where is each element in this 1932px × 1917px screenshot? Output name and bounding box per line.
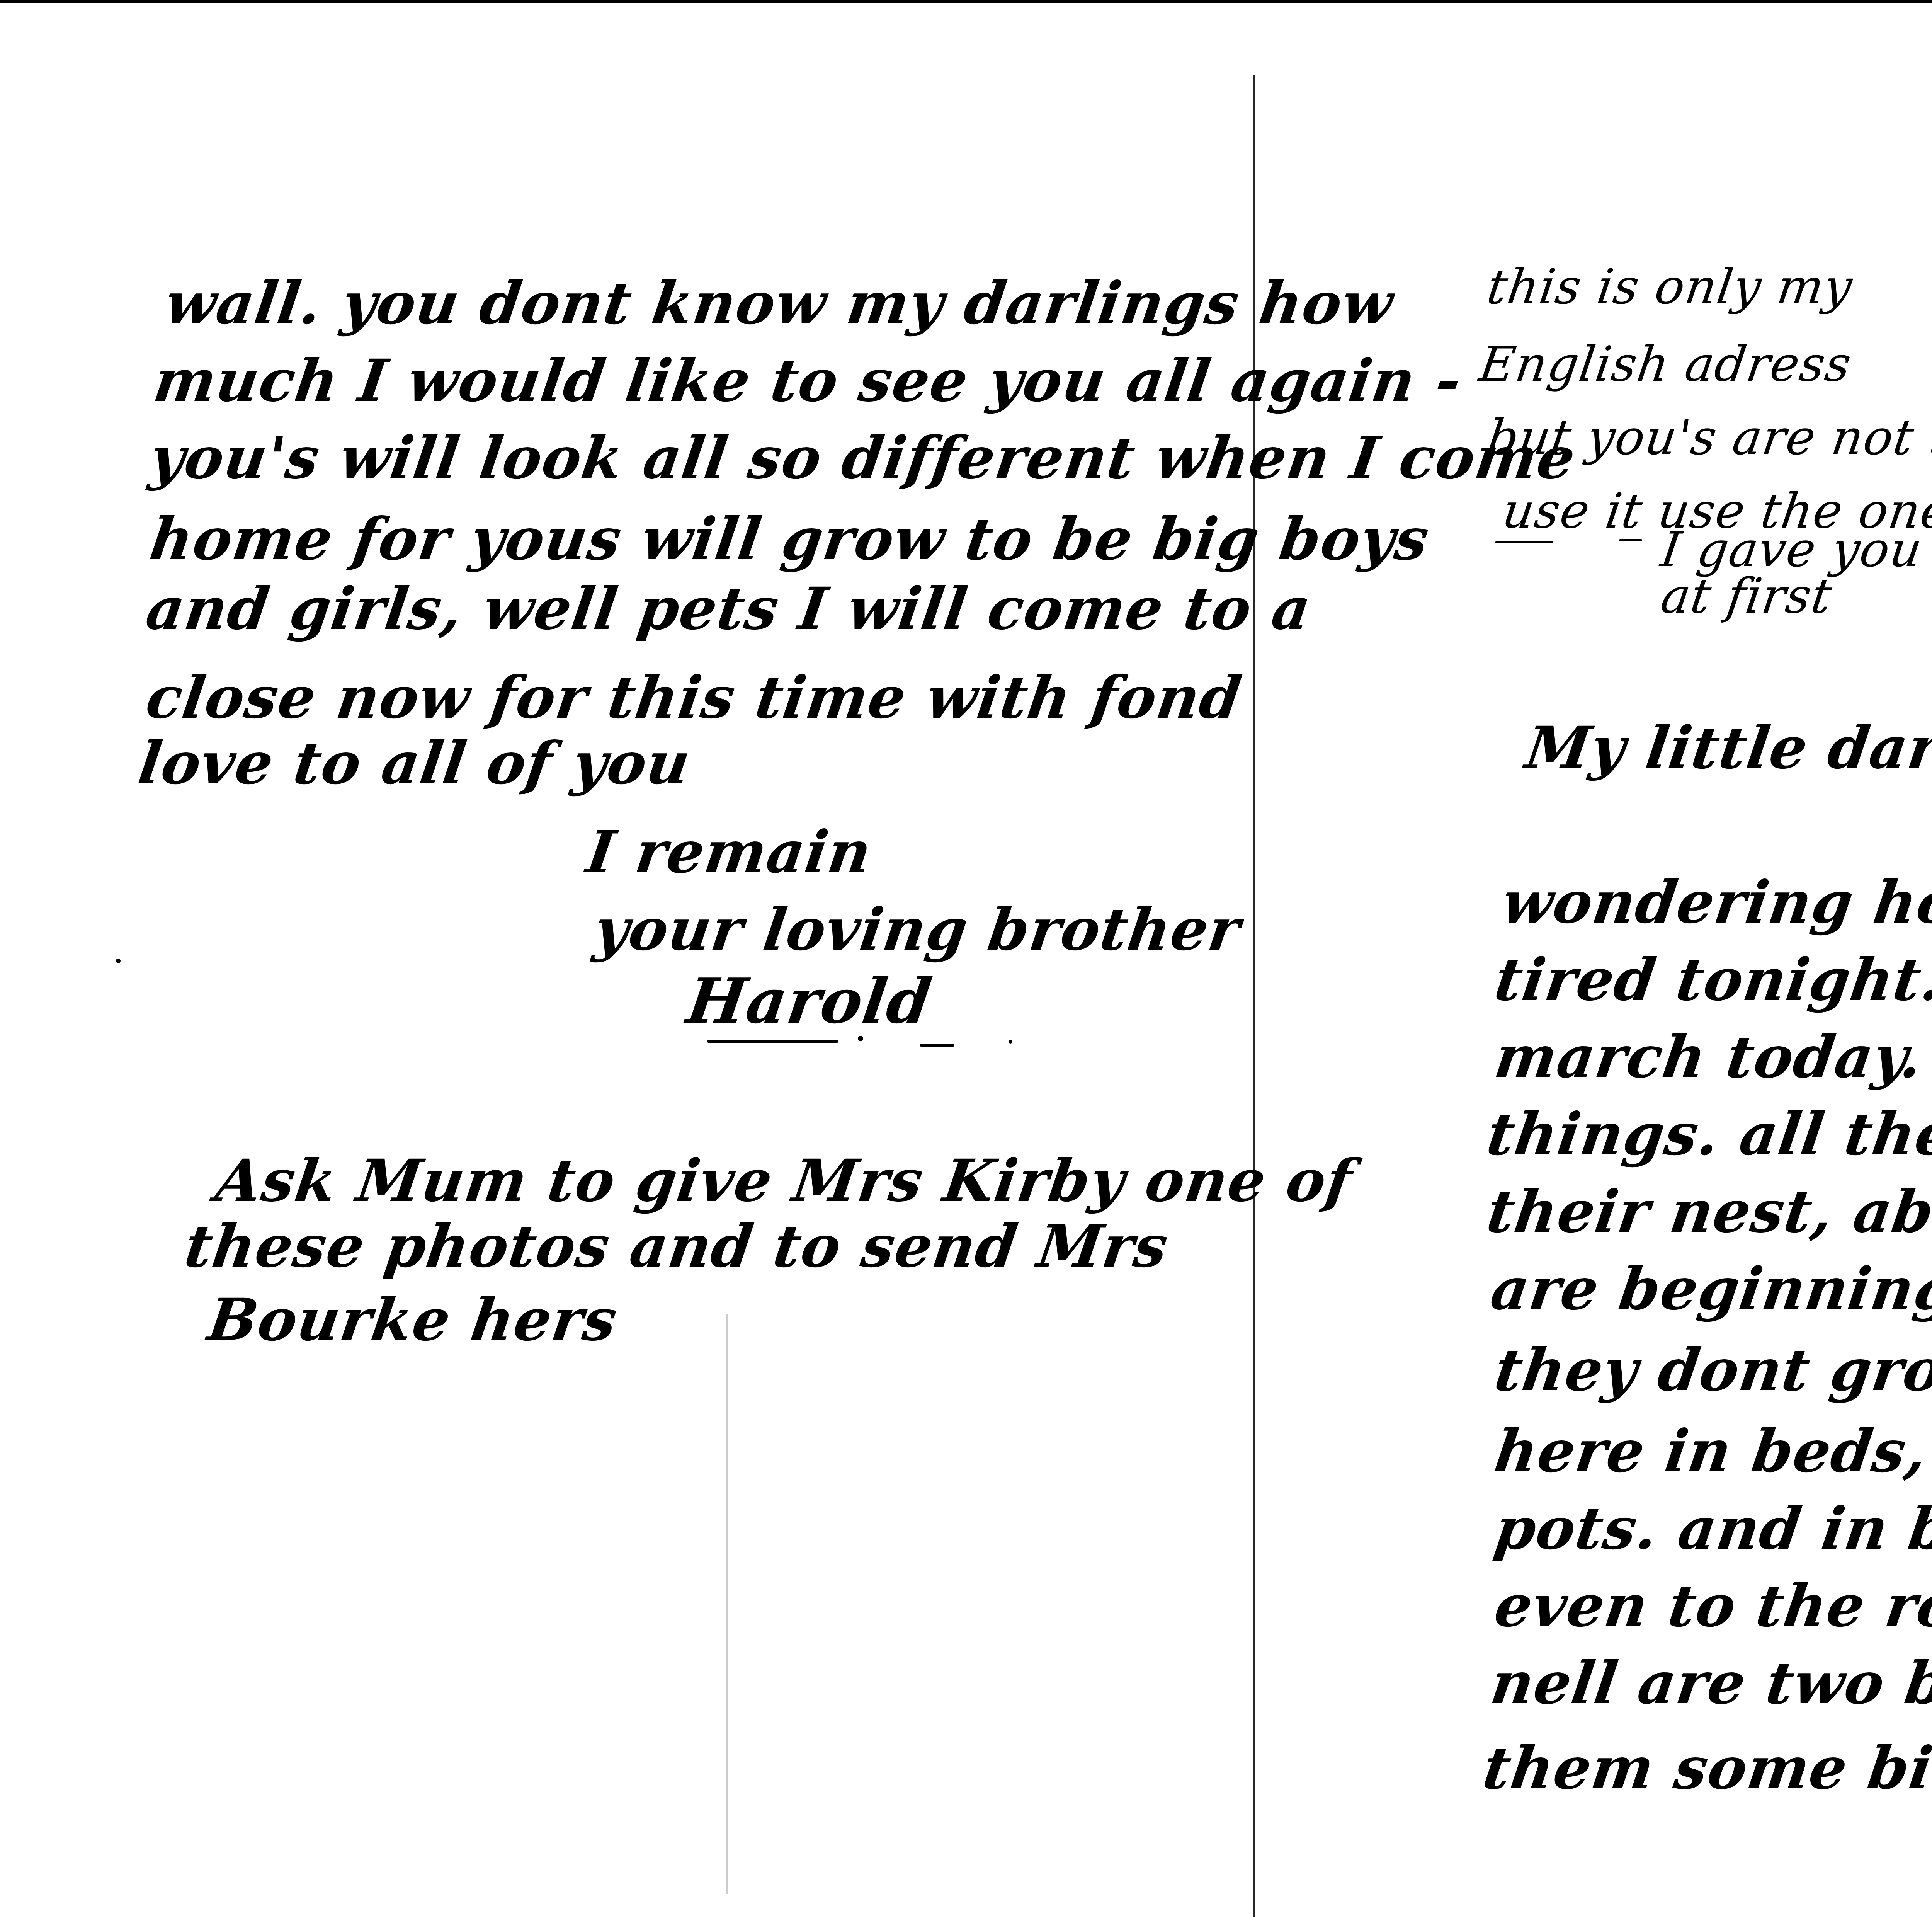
letter-line: their nest, about here now, and the flow… bbox=[1483, 1183, 1932, 1241]
side-note-underline bbox=[1619, 539, 1642, 541]
right-page: this is only my English adress but you's… bbox=[1256, 0, 1932, 1917]
ink-mark bbox=[858, 1036, 863, 1041]
letter-line: close now for this time with fond bbox=[143, 669, 1245, 727]
signature-flourish bbox=[920, 1044, 954, 1047]
side-note-line: I gave you bbox=[1658, 526, 1925, 574]
letter-line: are beginning to come out; over here bbox=[1487, 1260, 1932, 1318]
side-note-line: this is only my bbox=[1484, 263, 1855, 311]
ink-speck bbox=[116, 958, 121, 963]
letter-line: love to all of you bbox=[135, 734, 694, 792]
letter-line: pots. and in big houses built of glass bbox=[1491, 1500, 1932, 1558]
letter-line: here in beds, but they have them in bbox=[1491, 1422, 1932, 1480]
closing-valediction: I remain bbox=[583, 823, 875, 881]
postscript-line: Ask Mum to give Mrs Kirby one of bbox=[212, 1152, 1356, 1210]
signature-underline bbox=[707, 1040, 838, 1043]
letter-line: and girls, well pets I will come to a bbox=[143, 580, 1315, 638]
postscript-line: these photos and to send Mrs bbox=[181, 1217, 1172, 1275]
letter-line: they dont grow flowers in the ground bbox=[1491, 1341, 1932, 1399]
signature: Harold bbox=[684, 970, 936, 1032]
closing-relation: your loving brother bbox=[591, 901, 1244, 958]
letter-line: tired tonight. I was out for such a long bbox=[1491, 951, 1932, 1009]
letter-line: home for yous will grow to be big boys bbox=[146, 510, 1433, 568]
side-note-line: but you's are not to bbox=[1484, 414, 1932, 462]
ink-mark bbox=[1009, 1040, 1012, 1044]
letter-line: even to the roof. I suppose Myrtle and bbox=[1491, 1577, 1932, 1635]
left-page: wall. you dont know my darlings how much… bbox=[0, 0, 1252, 1917]
letter-line: wondering how I am. well pets I am bbox=[1499, 873, 1932, 931]
letter-line: them some birdys to put up on the bbox=[1480, 1739, 1932, 1797]
side-note-line: at first bbox=[1658, 572, 1835, 620]
letter-line: march today. and I seen a lot of pretty bbox=[1491, 1028, 1932, 1086]
salutation: My little darlings bbox=[1522, 719, 1932, 777]
letter-line: wall. you dont know my darlings how bbox=[162, 274, 1397, 332]
letter-line: things. all the little birds are buildin… bbox=[1483, 1105, 1932, 1163]
letter-line: nell are two big girls now, I am sending bbox=[1487, 1654, 1932, 1712]
side-note-line: English adress bbox=[1476, 340, 1854, 388]
side-note-underline bbox=[1495, 541, 1553, 543]
postscript-line: Bourke hers bbox=[204, 1291, 621, 1349]
scanned-letter: wall. you dont know my darlings how much… bbox=[0, 0, 1932, 1917]
